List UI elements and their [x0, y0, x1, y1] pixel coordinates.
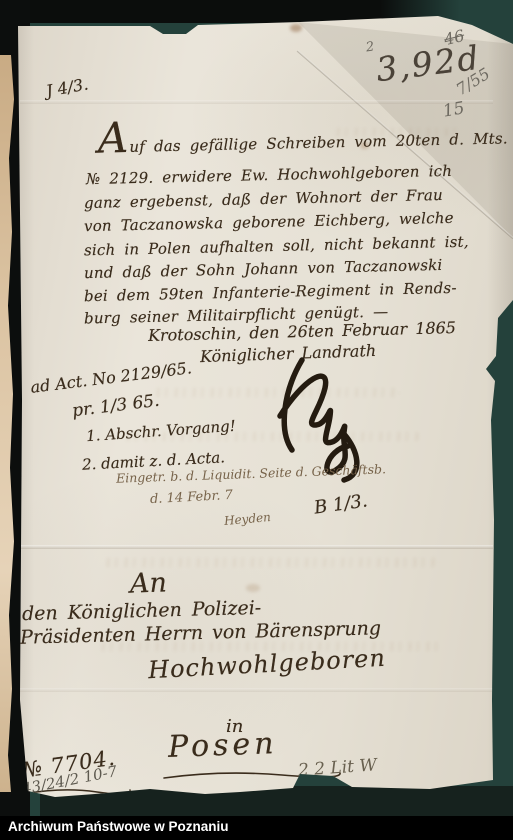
- ink-stain: [290, 24, 302, 32]
- horizontal-crease: [20, 545, 493, 549]
- address-city: Posen: [167, 726, 278, 765]
- ink-stain: [246, 584, 260, 592]
- archive-bar-label: Archiwum Państwowe w Poznaniu: [8, 819, 229, 834]
- document-sheet: J 4/3. 2 3,92d 46 7/55 15 Auf das gefäll…: [0, 0, 513, 840]
- page-photo: { "palette":{ "background_teal":"#24413b…: [0, 0, 513, 840]
- archive-bar: Archiwum Państwowe w Poznaniu: [0, 816, 513, 840]
- bleed-through-text: [100, 558, 440, 567]
- pencil-number: 15: [441, 98, 466, 121]
- horizontal-crease: [20, 688, 493, 692]
- horizontal-crease: [20, 100, 493, 104]
- address-salutation: An: [129, 567, 167, 599]
